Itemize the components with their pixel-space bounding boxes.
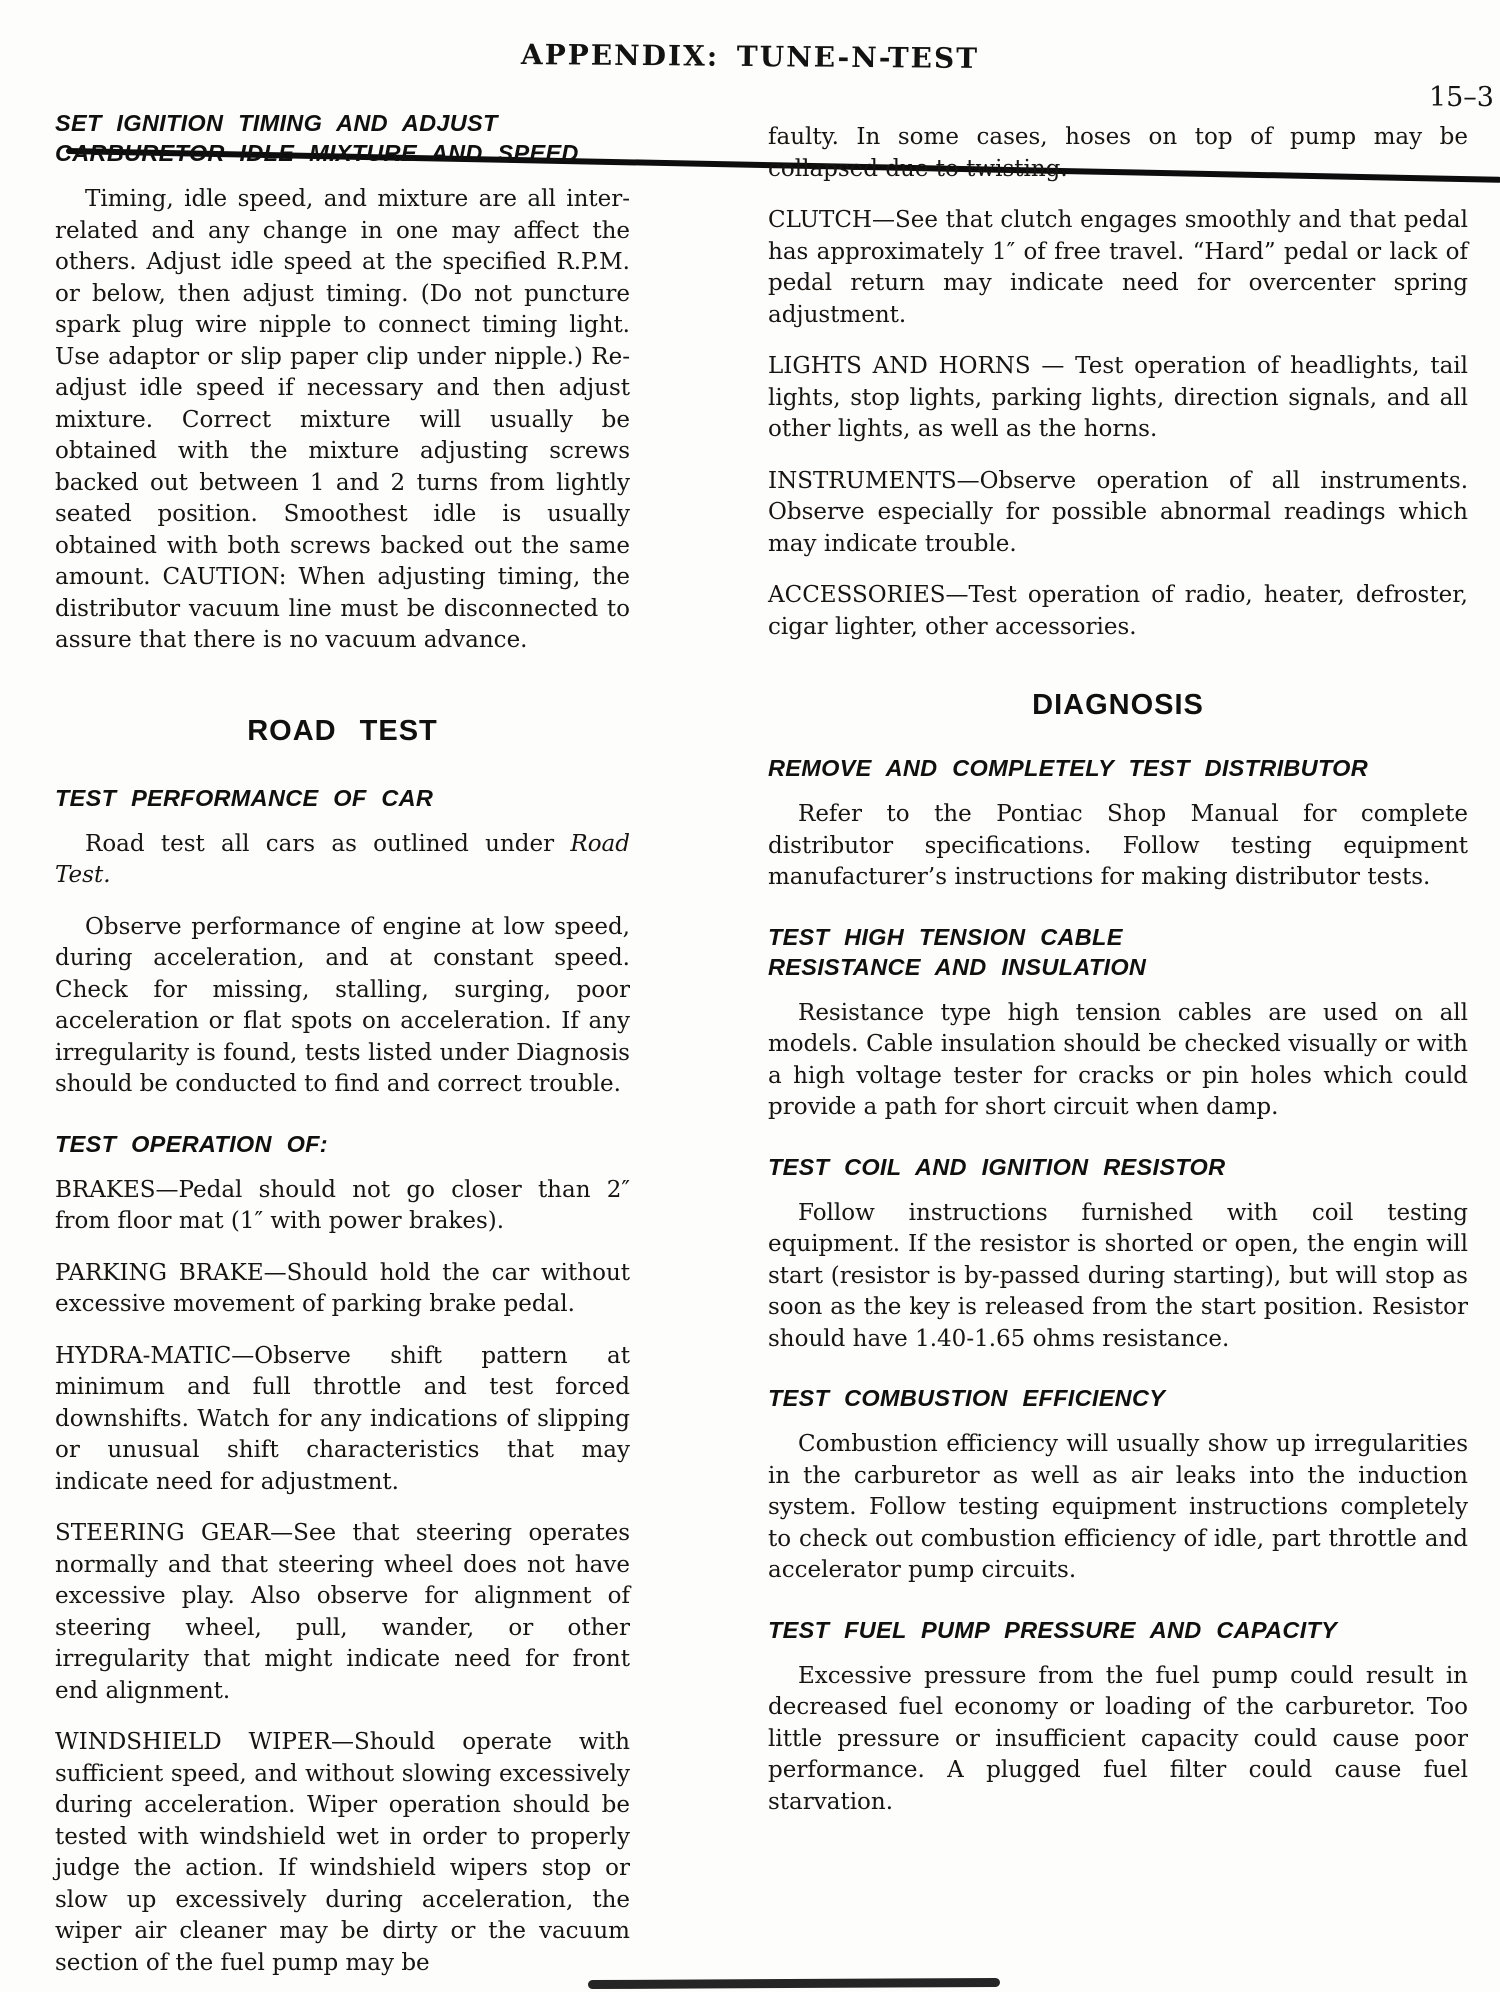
para-windshield-wiper: WINDSHIELD WIPER—Should operate with suf… — [55, 1727, 630, 1979]
para-combustion-efficiency: Combustion efficiency will usually show … — [768, 1429, 1468, 1587]
heading-test-high-tension-cable: TEST HIGH TENSION CABLE RESISTANCE AND I… — [768, 922, 1468, 982]
heading-test-performance: TEST PERFORMANCE OF CAR — [55, 783, 630, 813]
para-clutch: CLUTCH—See that clutch engages smoothly … — [768, 205, 1468, 331]
para-steering-gear: STEERING GEAR—See that steering operates… — [55, 1518, 630, 1707]
heading-test-operation-of: TEST OPERATION OF: — [55, 1129, 630, 1159]
para-brakes: BRAKES—Pedal should not go closer than 2… — [55, 1175, 630, 1238]
para-faulty-continuation: faulty. In some cases, hoses on top of p… — [768, 122, 1468, 185]
heading-test-fuel-pump: TEST FUEL PUMP PRESSURE AND CAPACITY — [768, 1615, 1468, 1645]
para-timing: Timing, idle speed, and mixture are all … — [55, 184, 630, 657]
para-cable-resistance: Resistance type high tension cables are … — [768, 998, 1468, 1124]
para-parking-brake: PARKING BRAKE—Should hold the car withou… — [55, 1258, 630, 1321]
page-header-title: APPENDIX: TUNE-N-TEST — [0, 33, 1500, 79]
para-fuel-pump: Excessive pressure from the fuel pump co… — [768, 1661, 1468, 1819]
para-observe-performance: Observe performance of engine at low spe… — [55, 912, 630, 1101]
para-accessories: ACCESSORIES—Test operation of radio, hea… — [768, 580, 1468, 643]
para-coil-resistor: Follow instructions furnished with coil … — [768, 1198, 1468, 1356]
heading-test-combustion-efficiency: TEST COMBUSTION EFFICIENCY — [768, 1383, 1468, 1413]
para-distributor: Refer to the Pontiac Shop Manual for com… — [768, 799, 1468, 894]
para-road-test-prefix: Road test all cars as outlined under — [85, 831, 570, 857]
para-hydra-matic: HYDRA-MATIC—Observe shift pattern at min… — [55, 1341, 630, 1499]
heading-remove-test-distributor: REMOVE AND COMPLETELY TEST DISTRIBUTOR — [768, 753, 1468, 783]
scan-smudge-artifact — [588, 1978, 1000, 1989]
two-column-body: SET IGNITION TIMING AND ADJUST CARBURETO… — [55, 108, 1468, 1979]
left-column: SET IGNITION TIMING AND ADJUST CARBURETO… — [55, 108, 630, 1979]
section-title-diagnosis: DIAGNOSIS — [768, 687, 1468, 723]
right-column: faulty. In some cases, hoses on top of p… — [768, 108, 1468, 1979]
para-instruments: INSTRUMENTS—Observe operation of all ins… — [768, 466, 1468, 561]
para-road-test: Road test all cars as outlined under Roa… — [55, 829, 630, 892]
manual-page: APPENDIX: TUNE-N-TEST 15–3 SET IGNITION … — [0, 0, 1500, 1992]
heading-set-ignition-timing: SET IGNITION TIMING AND ADJUST CARBURETO… — [55, 108, 630, 168]
section-title-road-test: ROAD TEST — [55, 713, 630, 749]
heading-test-coil-ignition-resistor: TEST COIL AND IGNITION RESISTOR — [768, 1152, 1468, 1182]
para-lights-and-horns: LIGHTS AND HORNS — Test operation of hea… — [768, 351, 1468, 446]
